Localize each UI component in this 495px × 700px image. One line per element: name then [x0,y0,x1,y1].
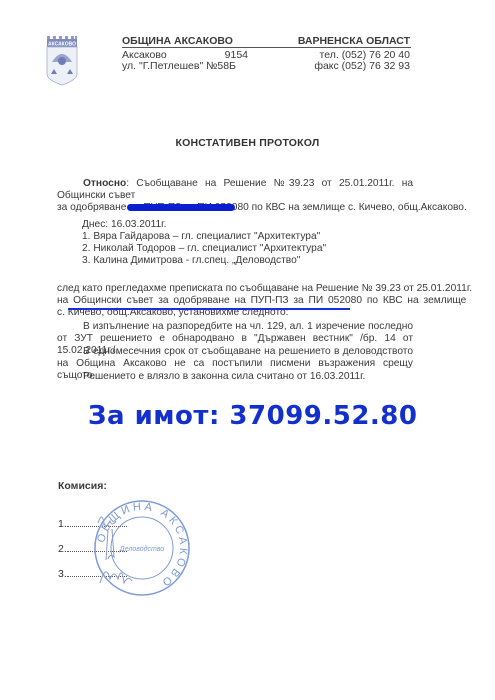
municipality-logo: АКСАКОВО [45,34,79,86]
paragraph-1: след като прегледахме преписката по съоб… [57,283,413,319]
para1-line2: на Общински съвет за одобряване на ПУП-П… [57,295,413,307]
header-divider [122,47,411,48]
fax: факс (052) 76 32 93 [290,61,410,73]
header-contact-block: ВАРНЕНСКА ОБЛАСТ тел. (052) 76 20 40 фак… [290,36,410,73]
highlight-underline [68,308,350,310]
street-address: ул. "Г.Петлешев" №58Б [122,61,252,73]
highlight-mark [127,204,235,211]
svg-text:АКСАКОВО: АКСАКОВО [48,42,76,48]
municipality-name: ОБЩИНА АКСАКОВО [122,36,252,48]
signatures [80,505,160,595]
subject-block: Относно: Съобщаване на Решение №39.23 от… [57,178,413,214]
property-banner: За имот: 37099.52.80 [88,401,418,431]
paragraph-4: Решението е влязло в законна сила считан… [57,371,413,383]
subject-line2: за одобряване на ПУП-ПЗ за ПИ 052080 по … [57,202,413,214]
coat-of-arms-icon: АКСАКОВО [45,34,79,86]
member-2: 2. Николай Тодоров – гл. специалист "Арх… [82,243,326,255]
para1-line1: след като прегледахме преписката по съоб… [57,283,413,295]
commission-label: Комисия: [58,480,107,492]
subject-label: Относно [83,178,126,189]
attendance-block: Днес: 16.03.2011г. 1. Вяра Гайдарова – г… [82,219,326,267]
date: Днес: 16.03.2011г. [82,219,326,231]
member-3: 3. Калина Димитрова - гл.спец. „Деловодс… [82,255,326,267]
document-title: КОНСТАТИВЕН ПРОТОКОЛ [0,137,495,149]
handwritten-signature-icon [80,505,160,595]
header-address-block: ОБЩИНА АКСАКОВО Аксаково 9154 ул. "Г.Пет… [122,36,252,73]
region-name: ВАРНЕНСКА ОБЛАСТ [290,36,410,48]
member-1: 1. Вяра Гайдарова – гл. специалист "Архи… [82,231,326,243]
